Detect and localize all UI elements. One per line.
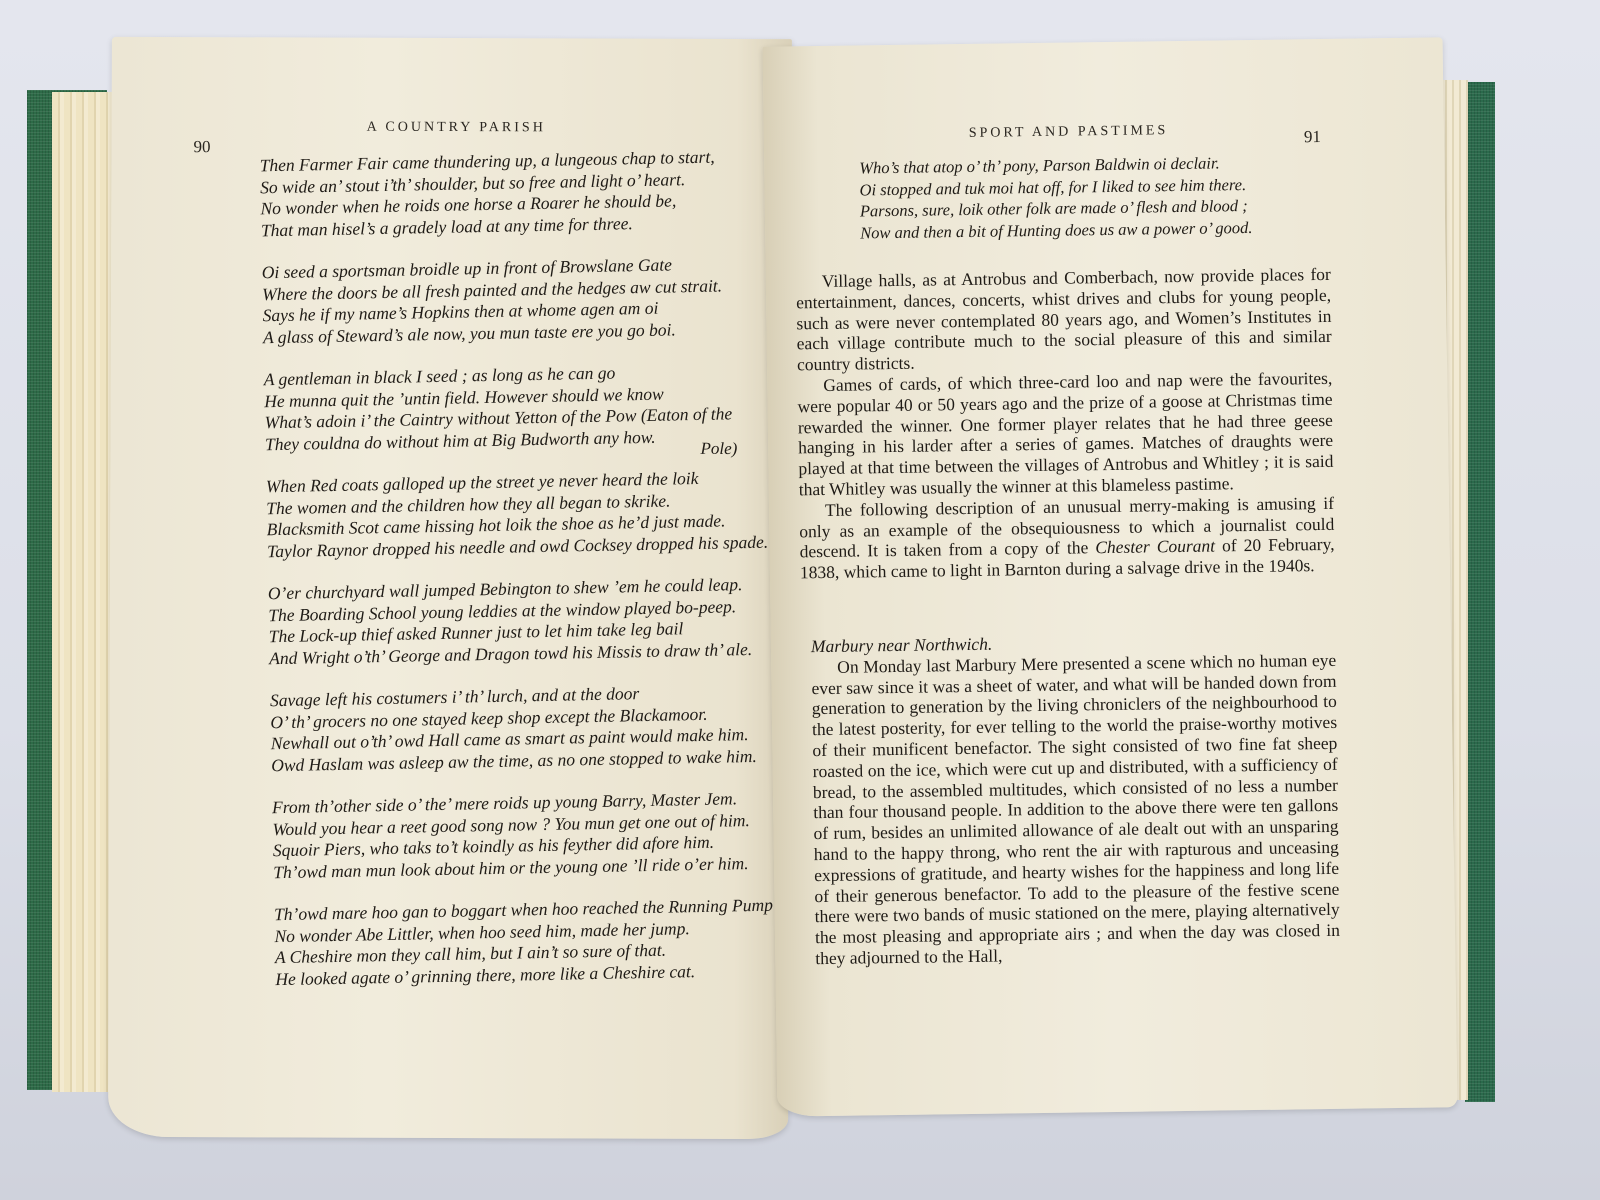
paragraph: The following description of an unusual …	[799, 493, 1335, 584]
left-page: A COUNTRY PARISH 90 Then Farmer Fair cam…	[108, 37, 792, 1139]
stanza: Then Farmer Fair came thundering up, a l…	[260, 146, 763, 242]
stanza: From th’other side o’ the’ mere roids up…	[272, 788, 775, 884]
stanza: Who’s that atop o’ th’ pony, Parson Bald…	[859, 152, 1253, 243]
body-text: Village halls, as at Antrobus and Comber…	[796, 264, 1335, 583]
stanza: Th’owd mare hoo gan to boggart when hoo …	[274, 895, 777, 991]
paragraph: Games of cards, of which three-card loo …	[797, 368, 1334, 500]
page-number: 90	[194, 137, 211, 157]
running-head: A COUNTRY PARISH	[367, 120, 546, 137]
page-number: 91	[1304, 127, 1321, 147]
stanza: Savage left his costumers i’ th’ lurch, …	[270, 681, 773, 777]
newspaper-title: Chester Courant	[1095, 536, 1215, 558]
quoted-report: Marbury near Northwich. On Monday last M…	[811, 629, 1341, 969]
stanza: Oi seed a sportsman broidle up in front …	[262, 253, 765, 349]
right-page: SPORT AND PASTIMES 91 Who’s that atop o’…	[763, 37, 1458, 1116]
poem-continued: Who’s that atop o’ th’ pony, Parson Bald…	[859, 152, 1253, 264]
book-cover-right	[1465, 82, 1495, 1102]
stanza: O’er churchyard wall jumped Bebington to…	[268, 574, 771, 670]
paragraph: Village halls, as at Antrobus and Comber…	[796, 264, 1332, 375]
report-text: On Monday last Marbury Mere presented a …	[811, 650, 1340, 969]
poem: Then Farmer Fair came thundering up, a l…	[260, 146, 777, 1011]
stanza: When Red coats galloped up the street ye…	[266, 467, 769, 563]
margin-note: Pole)	[700, 439, 737, 459]
running-head: SPORT AND PASTIMES	[969, 123, 1169, 142]
stanza: A gentleman in black I seed ; as long as…	[264, 360, 767, 456]
